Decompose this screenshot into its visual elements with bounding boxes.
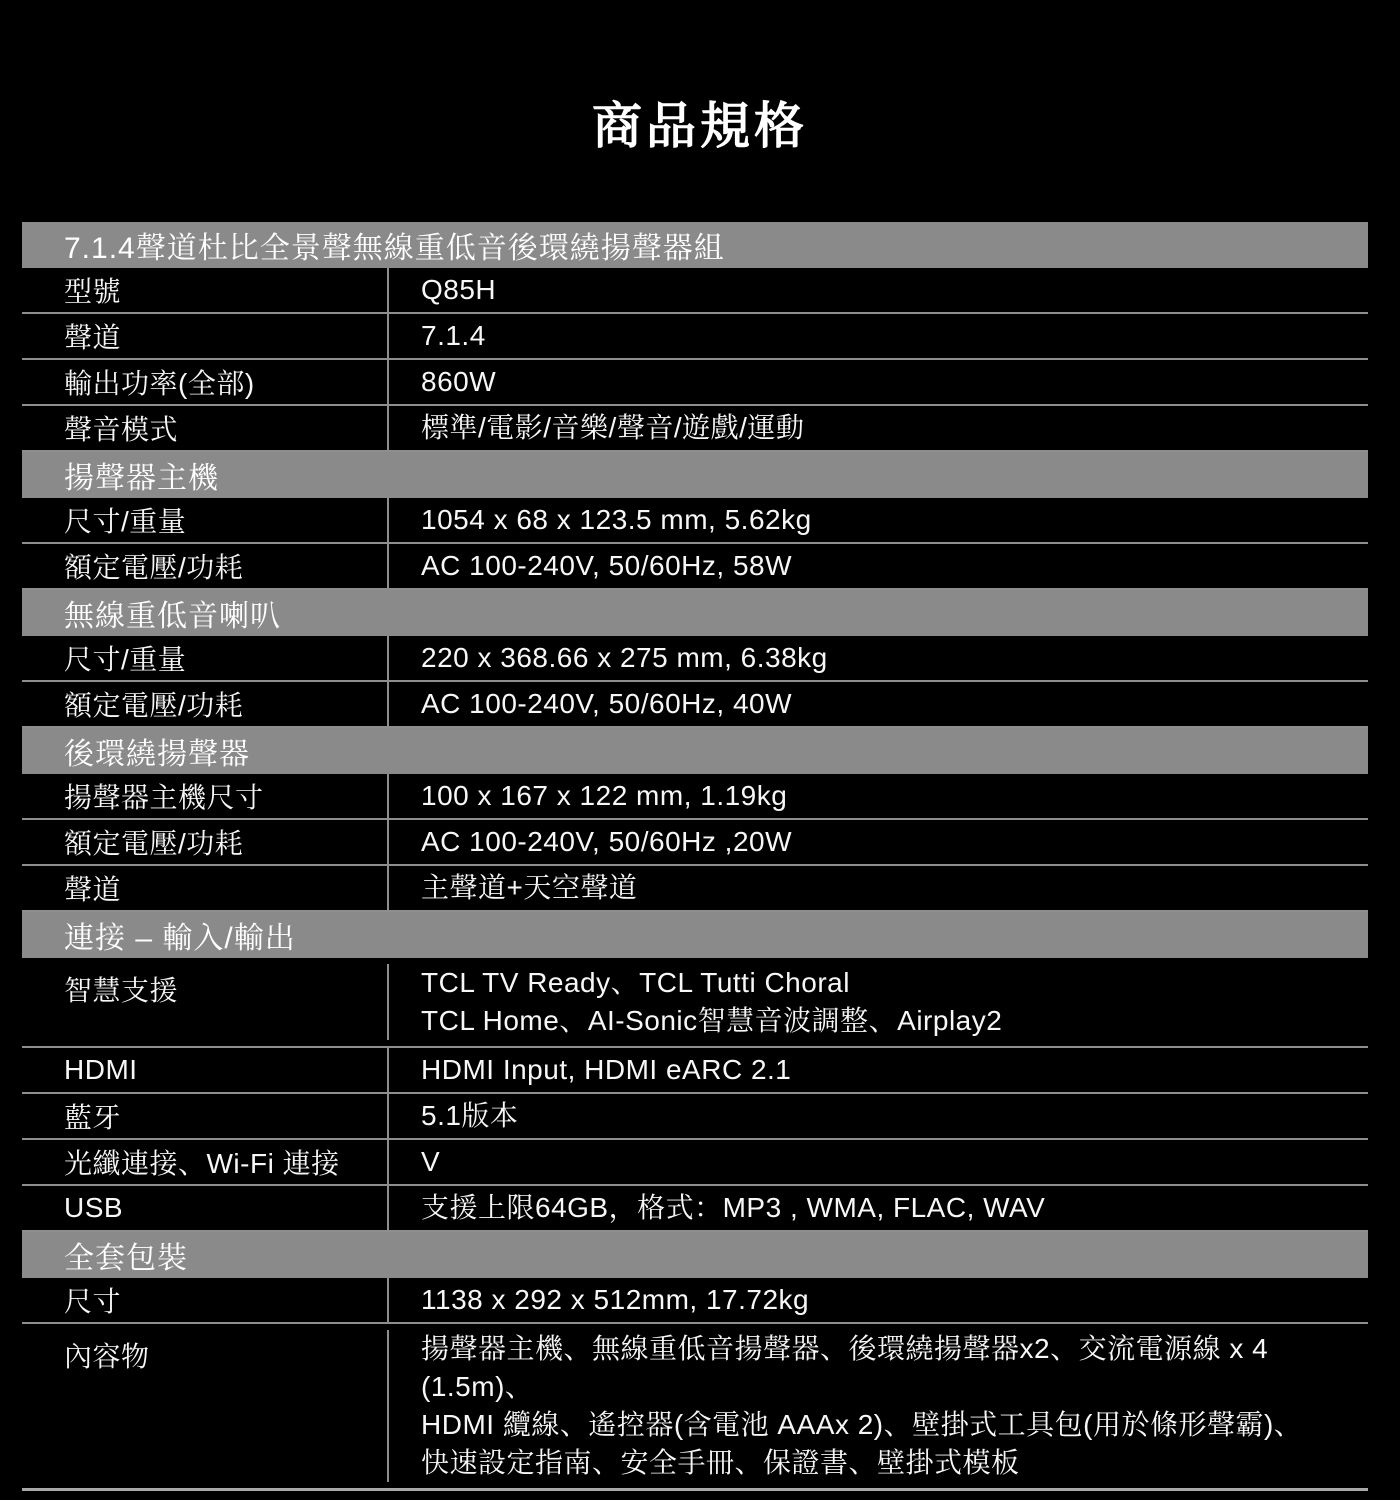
spec-value-line: 快速設定指南、安全手冊、保證書、壁掛式模板 — [421, 1444, 1020, 1482]
spec-value-line: 標準/電影/音樂/聲音/遊戲/運動 — [421, 409, 804, 447]
section-header: 無線重低音喇叭 — [22, 590, 1368, 636]
spec-value: 220 x 368.66 x 275 mm, 6.38kg — [387, 636, 1368, 680]
spec-value-line: 5.1版本 — [421, 1097, 518, 1135]
spec-label: 尺寸 — [22, 1278, 387, 1322]
spec-value-line: Q85H — [421, 271, 496, 309]
spec-value-line: HDMI 纜線、遙控器(含電池 AAAx 2)、壁掛式工具包(用於條形聲霸)、 — [421, 1406, 1302, 1444]
spec-row: 聲道主聲道+天空聲道 — [22, 866, 1368, 912]
spec-value-line: V — [421, 1143, 440, 1181]
spec-label: 智慧支援 — [22, 964, 387, 1040]
spec-row: 額定電壓/功耗AC 100-240V, 50/60Hz, 40W — [22, 682, 1368, 728]
spec-value: 100 x 167 x 122 mm, 1.19kg — [387, 774, 1368, 818]
spec-row: 藍牙5.1版本 — [22, 1094, 1368, 1140]
spec-label: 揚聲器主機尺寸 — [22, 774, 387, 818]
spec-value: 7.1.4 — [387, 314, 1368, 358]
spec-row: 型號Q85H — [22, 268, 1368, 314]
spec-value: AC 100-240V, 50/60Hz, 40W — [387, 682, 1368, 726]
spec-value: HDMI Input, HDMI eARC 2.1 — [387, 1048, 1368, 1092]
spec-label: 內容物 — [22, 1330, 387, 1482]
spec-row: 內容物揚聲器主機、無線重低音揚聲器、後環繞揚聲器x2、交流電源線 x 4 (1.… — [22, 1324, 1368, 1491]
spec-value: V — [387, 1140, 1368, 1184]
spec-row: 聲音模式標準/電影/音樂/聲音/遊戲/運動 — [22, 406, 1368, 452]
spec-label: HDMI — [22, 1048, 387, 1092]
spec-row: 光纖連接、Wi-Fi 連接V — [22, 1140, 1368, 1186]
spec-label: 聲音模式 — [22, 406, 387, 450]
spec-value: 5.1版本 — [387, 1094, 1368, 1138]
spec-label: 尺寸/重量 — [22, 636, 387, 680]
spec-row: 智慧支援TCL TV Ready、TCL Tutti ChoralTCL Hom… — [22, 958, 1368, 1048]
spec-row: 尺寸/重量220 x 368.66 x 275 mm, 6.38kg — [22, 636, 1368, 682]
spec-value-line: TCL TV Ready、TCL Tutti Choral — [421, 964, 850, 1002]
spec-label: 光纖連接、Wi-Fi 連接 — [22, 1140, 387, 1184]
spec-value-line: HDMI Input, HDMI eARC 2.1 — [421, 1051, 791, 1089]
spec-row: 輸出功率(全部)860W — [22, 360, 1368, 406]
spec-label: 輸出功率(全部) — [22, 360, 387, 404]
spec-value: AC 100-240V, 50/60Hz, 58W — [387, 544, 1368, 588]
spec-row: 尺寸/重量1054 x 68 x 123.5 mm, 5.62kg — [22, 498, 1368, 544]
spec-value: 揚聲器主機、無線重低音揚聲器、後環繞揚聲器x2、交流電源線 x 4 (1.5m)… — [387, 1330, 1368, 1482]
spec-label: 額定電壓/功耗 — [22, 820, 387, 864]
spec-value-line: AC 100-240V, 50/60Hz, 58W — [421, 547, 792, 585]
section-header: 後環繞揚聲器 — [22, 728, 1368, 774]
spec-row: HDMIHDMI Input, HDMI eARC 2.1 — [22, 1048, 1368, 1094]
spec-label: 尺寸/重量 — [22, 498, 387, 542]
spec-label: 額定電壓/功耗 — [22, 544, 387, 588]
spec-value: 主聲道+天空聲道 — [387, 866, 1368, 910]
spec-row: 尺寸1138 x 292 x 512mm, 17.72kg — [22, 1278, 1368, 1324]
spec-value: 1138 x 292 x 512mm, 17.72kg — [387, 1278, 1368, 1322]
spec-label: 聲道 — [22, 314, 387, 358]
section-header: 揚聲器主機 — [22, 452, 1368, 498]
spec-value: 標準/電影/音樂/聲音/遊戲/運動 — [387, 406, 1368, 450]
section-header: 7.1.4聲道杜比全景聲無線重低音後環繞揚聲器組 — [22, 222, 1368, 268]
spec-value-line: 主聲道+天空聲道 — [421, 869, 637, 907]
spec-value-line: 860W — [421, 363, 496, 401]
spec-label: 聲道 — [22, 866, 387, 910]
spec-row: 額定電壓/功耗AC 100-240V, 50/60Hz, 58W — [22, 544, 1368, 590]
spec-row: 額定電壓/功耗AC 100-240V, 50/60Hz ,20W — [22, 820, 1368, 866]
page-title: 商品規格 — [0, 86, 1400, 158]
spec-label: 額定電壓/功耗 — [22, 682, 387, 726]
spec-table: 7.1.4聲道杜比全景聲無線重低音後環繞揚聲器組型號Q85H聲道7.1.4輸出功… — [22, 222, 1368, 1491]
spec-row: 聲道7.1.4 — [22, 314, 1368, 360]
spec-row: USB支援上限64GB，格式：MP3 , WMA, FLAC, WAV — [22, 1186, 1368, 1232]
section-header: 連接 – 輸入/輸出 — [22, 912, 1368, 958]
spec-label: 型號 — [22, 268, 387, 312]
spec-value: Q85H — [387, 268, 1368, 312]
spec-label: 藍牙 — [22, 1094, 387, 1138]
spec-value-line: 1054 x 68 x 123.5 mm, 5.62kg — [421, 501, 812, 539]
spec-value: 860W — [387, 360, 1368, 404]
spec-label: USB — [22, 1186, 387, 1230]
spec-value-line: 揚聲器主機、無線重低音揚聲器、後環繞揚聲器x2、交流電源線 x 4 (1.5m)… — [421, 1330, 1352, 1406]
spec-value: 1054 x 68 x 123.5 mm, 5.62kg — [387, 498, 1368, 542]
spec-row: 揚聲器主機尺寸100 x 167 x 122 mm, 1.19kg — [22, 774, 1368, 820]
spec-value: AC 100-240V, 50/60Hz ,20W — [387, 820, 1368, 864]
spec-value-line: AC 100-240V, 50/60Hz ,20W — [421, 823, 792, 861]
spec-value-line: AC 100-240V, 50/60Hz, 40W — [421, 685, 792, 723]
spec-value-line: 220 x 368.66 x 275 mm, 6.38kg — [421, 639, 828, 677]
spec-value-line: TCL Home、AI-Sonic智慧音波調整、Airplay2 — [421, 1002, 1002, 1040]
spec-value: TCL TV Ready、TCL Tutti ChoralTCL Home、AI… — [387, 964, 1368, 1040]
spec-value-line: 支援上限64GB，格式：MP3 , WMA, FLAC, WAV — [421, 1189, 1045, 1227]
section-header: 全套包裝 — [22, 1232, 1368, 1278]
spec-value: 支援上限64GB，格式：MP3 , WMA, FLAC, WAV — [387, 1186, 1368, 1230]
spec-value-line: 1138 x 292 x 512mm, 17.72kg — [421, 1281, 809, 1319]
spec-value-line: 100 x 167 x 122 mm, 1.19kg — [421, 777, 787, 815]
spec-value-line: 7.1.4 — [421, 317, 486, 355]
